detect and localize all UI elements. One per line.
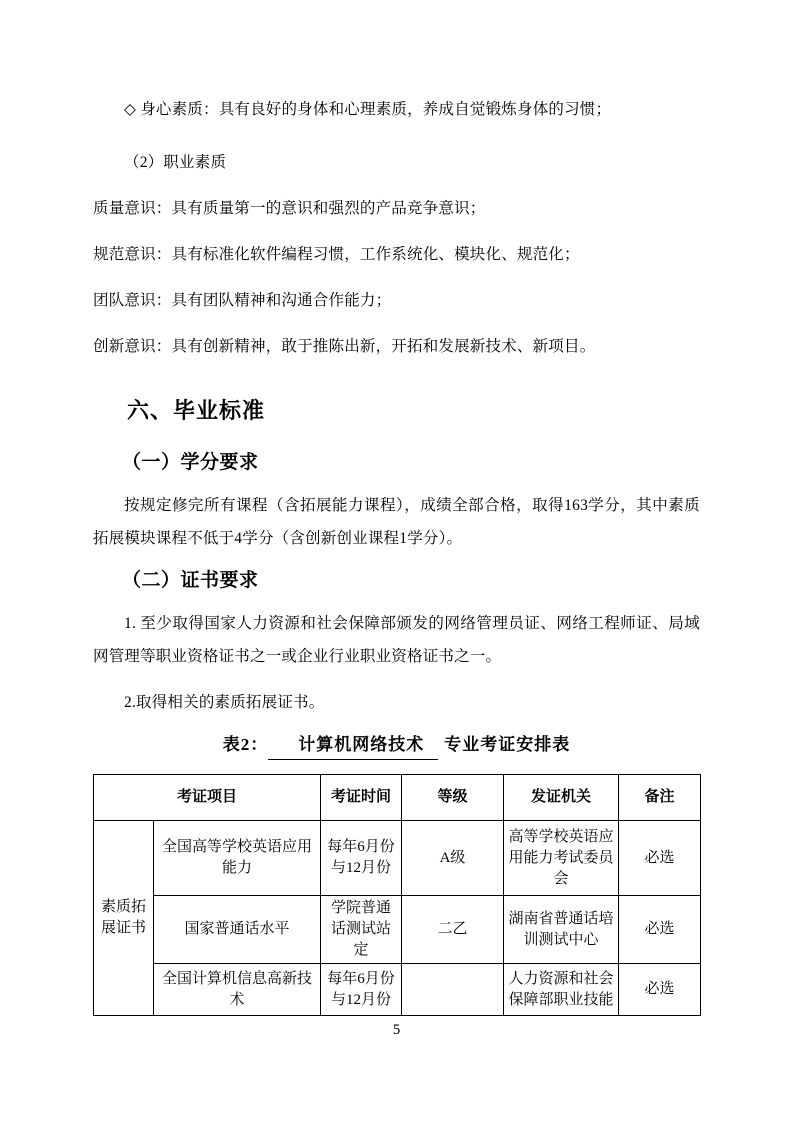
cell-item: 全国高等学校英语应用能力	[154, 821, 321, 896]
cell-level	[402, 964, 504, 1016]
header-cell-time: 考证时间	[321, 775, 402, 821]
header-cell-item: 考证项目	[94, 775, 321, 821]
cell-time: 学院普通话测试站定	[321, 896, 402, 964]
cell-time: 每年6月份与12月份	[321, 821, 402, 896]
cell-level: 二乙	[402, 896, 504, 964]
table-row: 全国计算机信息高新技术 每年6月份与12月份 人力资源和社会保障部职业技能 必选	[94, 964, 701, 1016]
document-page: ◇ 身心素质：具有良好的身体和心理素质，养成自觉锻炼身体的习惯； （2）职业素质…	[0, 0, 793, 1122]
certification-schedule-table: 考证项目 考证时间 等级 发证机关 备注 素质拓展证书 全国高等学校英语应用能力…	[93, 774, 701, 1016]
table-caption-prefix: 表2：	[223, 735, 269, 754]
cell-issuer: 人力资源和社会保障部职业技能	[504, 964, 619, 1016]
paragraph-occupational-quality-label: （2）职业素质	[93, 146, 700, 179]
table-caption-suffix: 专业考证安排表	[444, 735, 570, 754]
paragraph-certificate-item-2: 2.取得相关的素质拓展证书。	[93, 686, 700, 719]
paragraph-standard-awareness: 规范意识：具有标准化软件编程习惯，工作系统化、模块化、规范化；	[93, 238, 700, 271]
paragraph-credit-requirements: 按规定修完所有课程（含拓展能力课程），成绩全部合格，取得163学分，其中素质拓展…	[93, 489, 700, 555]
cell-time: 每年6月份与12月份	[321, 964, 402, 1016]
header-cell-issuer: 发证机关	[504, 775, 619, 821]
paragraph-body-mind-quality: ◇ 身心素质：具有良好的身体和心理素质，养成自觉锻炼身体的习惯；	[93, 93, 700, 126]
cell-note: 必选	[619, 964, 701, 1016]
table-header-row: 考证项目 考证时间 等级 发证机关 备注	[94, 775, 701, 821]
paragraph-team-awareness: 团队意识：具有团队精神和沟通合作能力；	[93, 284, 700, 317]
cell-issuer: 高等学校英语应用能力考试委员会	[504, 821, 619, 896]
table-caption-major-underlined: 计算机网络技术	[268, 732, 438, 760]
page-number: 5	[0, 1020, 793, 1040]
table-caption: 表2：计算机网络技术专业考证安排表	[93, 732, 700, 760]
paragraph-certificate-item-1: 1. 至少取得国家人力资源和社会保障部颁发的网络管理员证、网络工程师证、局域网管…	[93, 607, 700, 673]
subsection-credit-requirements: （一）学分要求	[93, 450, 700, 476]
paragraph-quality-awareness: 质量意识：具有质量第一的意识和强烈的产品竞争意识；	[93, 192, 700, 225]
header-cell-note: 备注	[619, 775, 701, 821]
cell-level: A级	[402, 821, 504, 896]
paragraph-innovation-awareness: 创新意识：具有创新精神，敢于推陈出新，开拓和发展新技术、新项目。	[93, 330, 700, 363]
row-group-label-cell: 素质拓展证书	[94, 821, 154, 1016]
cell-item: 国家普通话水平	[154, 896, 321, 964]
cell-issuer: 湖南省普通话培训测试中心	[504, 896, 619, 964]
cell-note: 必选	[619, 896, 701, 964]
header-cell-level: 等级	[402, 775, 504, 821]
document-content: ◇ 身心素质：具有良好的身体和心理素质，养成自觉锻炼身体的习惯； （2）职业素质…	[93, 93, 700, 1016]
table-row: 国家普通话水平 学院普通话测试站定 二乙 湖南省普通话培训测试中心 必选	[94, 896, 701, 964]
section-title-graduation-standards: 六、毕业标准	[93, 396, 700, 426]
subsection-certificate-requirements: （二）证书要求	[93, 568, 700, 594]
cell-item: 全国计算机信息高新技术	[154, 964, 321, 1016]
cell-note: 必选	[619, 821, 701, 896]
table-row: 素质拓展证书 全国高等学校英语应用能力 每年6月份与12月份 A级 高等学校英语…	[94, 821, 701, 896]
